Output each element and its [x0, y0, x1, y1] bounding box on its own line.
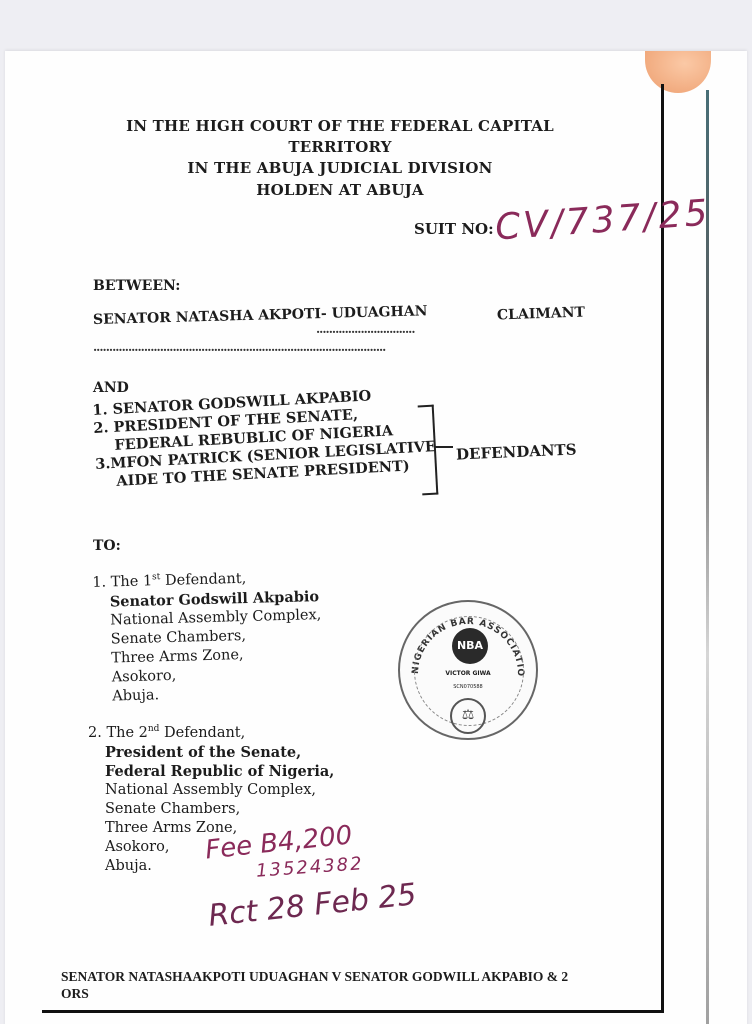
- defendants-list: 1. SENATOR GODSWILL AKPABIO 2. PRESIDENT…: [92, 384, 437, 492]
- case-title-footer: SENATOR NATASHAAKPOTI UDUAGHAN V SENATOR…: [61, 968, 568, 1002]
- recipient-prefix: 2. The 2: [88, 725, 148, 741]
- claimant-role: CLAIMANT: [497, 304, 585, 323]
- court-heading-line3: IN THE ABUJA JUDICIAL DIVISION: [110, 159, 570, 177]
- recipient-suffix: Defendant,: [160, 571, 246, 589]
- to-label: TO:: [93, 538, 121, 554]
- brace-tick: [435, 446, 453, 448]
- recipient-name: Federal Republic of Nigeria,: [105, 762, 334, 781]
- footer-line2: ORS: [61, 985, 568, 1002]
- suit-label: SUIT NO:: [414, 220, 494, 238]
- footer-line1: SENATOR NATASHAAKPOTI UDUAGHAN V SENATOR…: [61, 968, 568, 985]
- scales-logo-icon: ⚖: [450, 698, 486, 734]
- court-heading-line1: IN THE HIGH COURT OF THE FEDERAL CAPITAL: [110, 117, 570, 135]
- recipient-name: President of the Senate,: [105, 743, 334, 762]
- recipient-prefix: 1. The 1: [92, 573, 152, 591]
- address-line: Senate Chambers,: [105, 800, 334, 819]
- address-line: National Assembly Complex,: [105, 781, 334, 800]
- and-label: AND: [93, 380, 129, 396]
- between-label: BETWEEN:: [93, 278, 180, 294]
- court-heading-line2: TERRITORY: [110, 138, 570, 156]
- recipient-1: 1. The 1st Defendant, Senator Godswill A…: [92, 564, 324, 707]
- ordinal: nd: [148, 724, 160, 734]
- nba-badge: NBA: [452, 628, 488, 664]
- dotted-line-1: ...............................: [316, 322, 415, 336]
- recipient-suffix: Defendant,: [159, 725, 245, 741]
- court-heading-line4: HOLDEN AT ABUJA: [110, 181, 570, 199]
- document-frame-bottom: [42, 1010, 664, 1013]
- dotted-line-2: ........................................…: [93, 340, 385, 354]
- stamp-name: VICTOR GIWA: [400, 670, 536, 677]
- stamp-code: SCN070588: [400, 684, 536, 690]
- nba-stamp: NIGERIAN BAR ASSOCIATION NBA VICTOR GIWA…: [398, 600, 538, 740]
